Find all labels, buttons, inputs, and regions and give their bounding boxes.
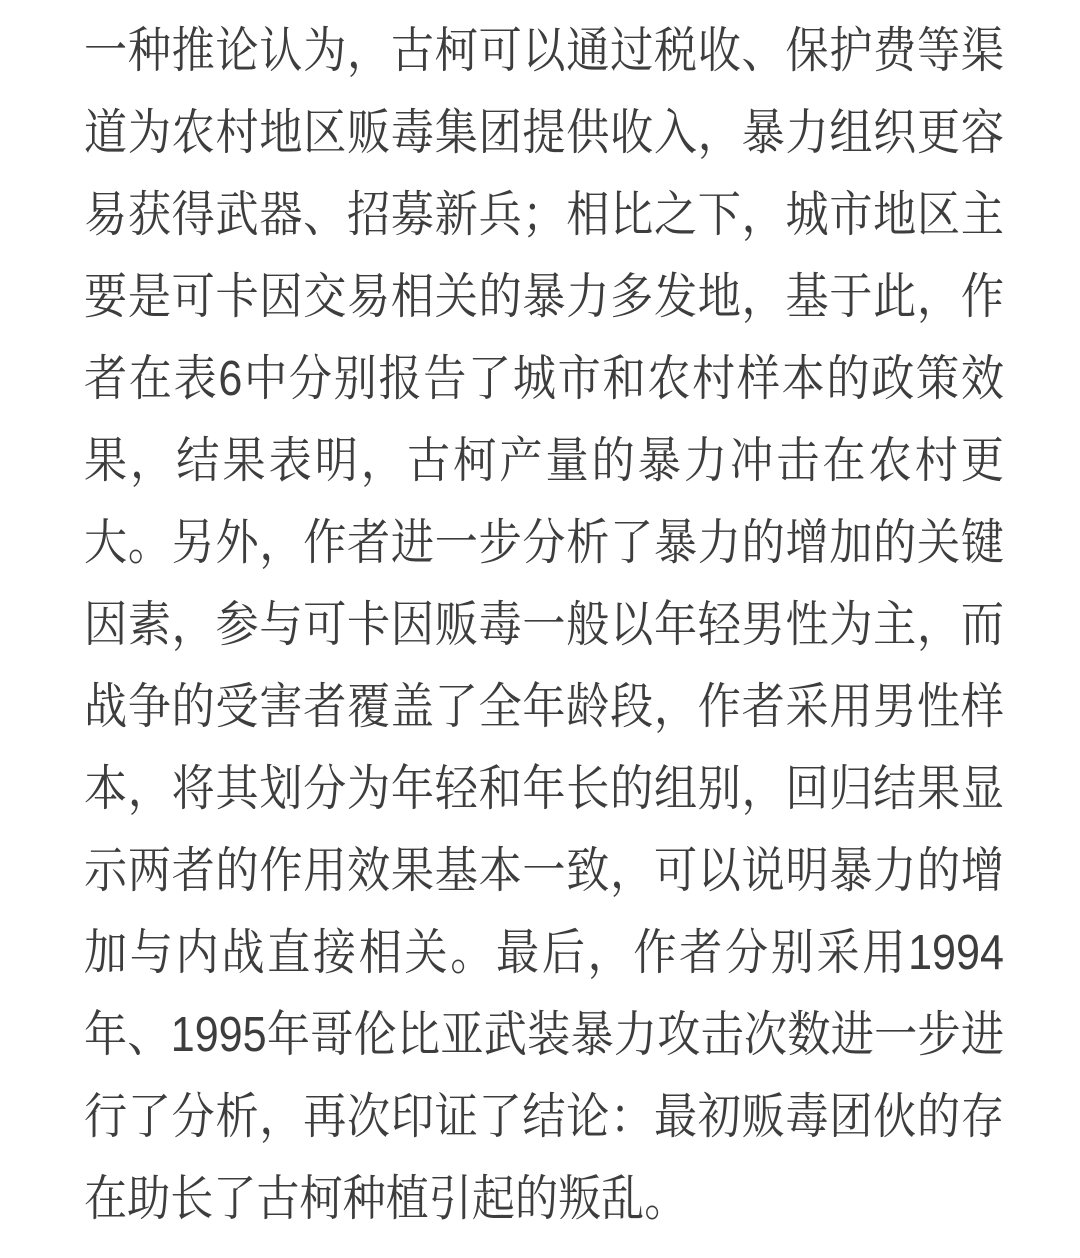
article-page: 一种推论认为，古柯可以通过税收、保护费等渠道为农村地区贩毒集团提供收入，暴力组织…	[0, 0, 1080, 1258]
text-line: 本，将其划分为年轻和年长的组别，回归结果显	[84, 748, 1004, 830]
text-line: 战争的受害者覆盖了全年龄段，作者采用男性样	[84, 666, 1004, 748]
text-line: 易获得武器、招募新兵；相比之下，城市地区主	[84, 174, 1004, 256]
text-line: 年、1995年哥伦比亚武装暴力攻击次数进一步进	[84, 994, 1004, 1076]
text-line: 果，结果表明，古柯产量的暴力冲击在农村更	[84, 420, 1004, 502]
text-line: 者在表6中分别报告了城市和农村样本的政策效	[84, 338, 1004, 420]
text-line: 道为农村地区贩毒集团提供收入，暴力组织更容	[84, 92, 1004, 174]
text-line: 一种推论认为，古柯可以通过税收、保护费等渠	[84, 10, 1004, 92]
text-line: 行了分析，再次印证了结论：最初贩毒团伙的存	[84, 1076, 1004, 1158]
text-line: 大。另外，作者进一步分析了暴力的增加的关键	[84, 502, 1004, 584]
text-line: 要是可卡因交易相关的暴力多发地，基于此，作	[84, 256, 1004, 338]
text-line: 在助长了古柯种植引起的叛乱。	[84, 1158, 1004, 1240]
text-line: 示两者的作用效果基本一致，可以说明暴力的增	[84, 830, 1004, 912]
text-line: 因素，参与可卡因贩毒一般以年轻男性为主，而	[84, 584, 1004, 666]
article-paragraph: 一种推论认为，古柯可以通过税收、保护费等渠道为农村地区贩毒集团提供收入，暴力组织…	[84, 10, 1004, 1240]
text-line: 加与内战直接相关。最后，作者分别采用1994	[84, 912, 1004, 994]
